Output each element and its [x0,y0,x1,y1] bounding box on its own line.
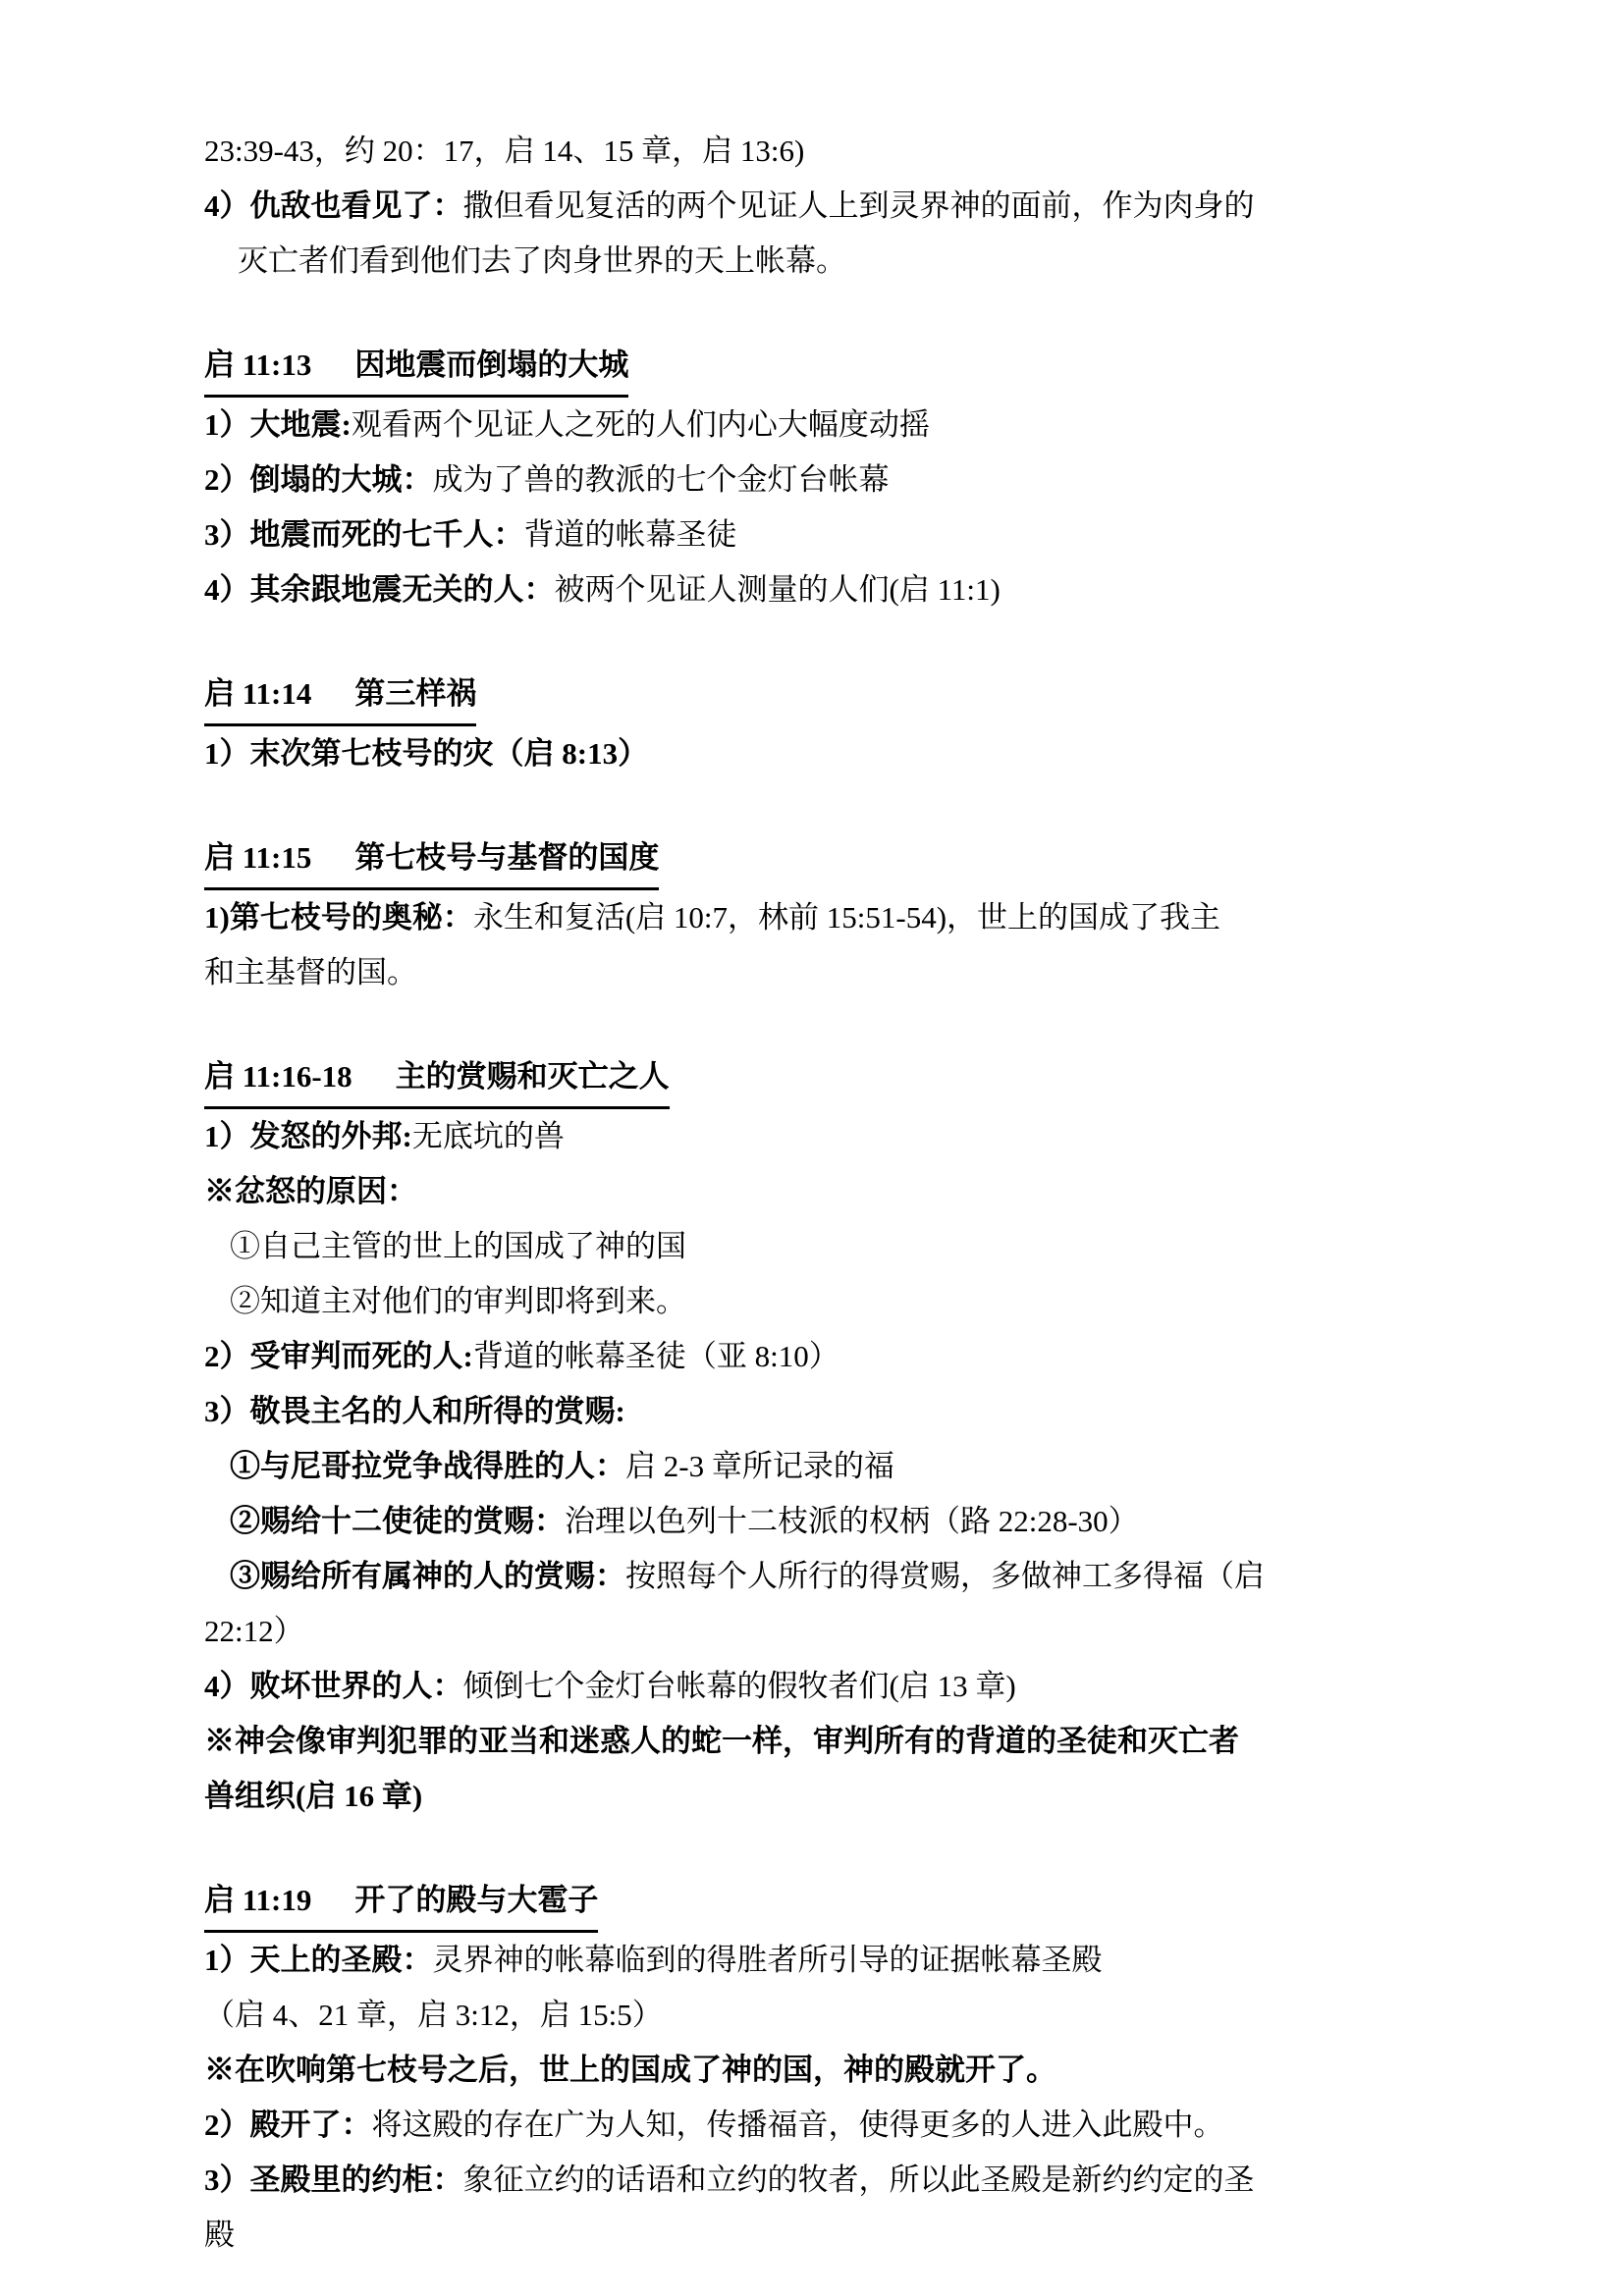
heading-underline: 启 11:14第三样祸 [204,667,476,726]
item-label: 1）天上的圣殿： [204,1943,433,1977]
item-text: 治理以色列十二枝派的权柄（路 22:28-30） [565,1504,1139,1538]
sub-item: ①与尼哥拉党争战得胜的人：启 2-3 章所记录的福 [204,1439,1428,1494]
list-item: 1）天上的圣殿：灵界神的帐幕临到的得胜者所引导的证据帐幕圣殿 [204,1933,1428,1988]
note-line: ※在吹响第七枝号之后，世上的国成了神的国，神的殿就开了。 [204,2043,1428,2098]
item-text: 撒但看见复活的两个见证人上到灵界神的面前，作为肉身的 [463,188,1255,223]
item-label: 3）圣殿里的约柜： [204,2163,463,2197]
item-label: 兽组织(启 16 章) [204,1779,422,1813]
note-line: ※神会像审判犯罪的亚当和迷惑人的蛇一样，审判所有的背道的圣徒和灭亡者 [204,1714,1428,1769]
item-text: 背道的帐幕圣徒 [524,517,737,552]
list-item: 2）受审判而死的人:背道的帐幕圣徒（亚 8:10） [204,1329,1428,1384]
item-label: ①与尼哥拉党争战得胜的人： [230,1449,625,1483]
continuation-line: 灭亡者们看到他们去了肉身世界的天上帐幕。 [204,234,1428,289]
item-label: 1）末次第七枝号的灾（启 8:13） [204,736,648,771]
item-label: 4）其余跟地震无关的人： [204,572,555,607]
continuation-line: 23:39-43，约 20：17，启 14、15 章，启 13:6) [204,124,1428,179]
heading-title: 第三样祸 [354,676,476,711]
item-text: 倾倒七个金灯台帐幕的假牧者们(启 13 章) [463,1669,1016,1703]
item-text: 成为了兽的教派的七个金灯台帐幕 [433,462,890,497]
item-text: 观看两个见证人之死的人们内心大幅度动摇 [352,407,930,442]
sub-item: ①自己主管的世上的国成了神的国 [204,1219,1428,1274]
item-label: 1)第七枝号的奥秘： [204,900,473,934]
item-text: ②知道主对他们的审判即将到来。 [230,1284,686,1318]
list-item: 2）倒塌的大城：成为了兽的教派的七个金灯台帐幕 [204,453,1428,507]
heading-ref: 启 11:19 [204,1883,311,1917]
item-label: ※在吹响第七枝号之后，世上的国成了神的国，神的殿就开了。 [204,2053,1056,2087]
list-item: 1)第七枝号的奥秘：永生和复活(启 10:7，林前 15:51-54)，世上的国… [204,890,1428,945]
item-label: 3）地震而死的七千人： [204,517,524,552]
item-label: 4）败坏世界的人： [204,1669,463,1703]
continuation-line: 22:12） [204,1604,1428,1659]
item-text: 23:39-43，约 20：17，启 14、15 章，启 13:6) [204,133,804,168]
sub-item: ②赐给十二使徒的赏赐：治理以色列十二枝派的权柄（路 22:28-30） [204,1494,1428,1549]
heading-title: 主的赏赐和灭亡之人 [396,1059,670,1094]
heading-underline: 启 11:19开了的殿与大雹子 [204,1873,598,1933]
item-text: ①自己主管的世上的国成了神的国 [230,1229,686,1263]
heading-ref: 启 11:13 [204,347,311,382]
list-item: 4）仇敌也看见了：撒但看见复活的两个见证人上到灵界神的面前，作为肉身的 [204,179,1428,234]
list-item: 3）地震而死的七千人：背道的帐幕圣徒 [204,507,1428,562]
item-text: 被两个见证人测量的人们(启 11:1) [555,572,1001,607]
section-heading: 启 11:14第三样祸 [204,667,1428,726]
item-text: 永生和复活(启 10:7，林前 15:51-54)，世上的国成了我主 [473,900,1220,934]
list-item: 4）败坏世界的人：倾倒七个金灯台帐幕的假牧者们(启 13 章) [204,1659,1428,1714]
list-item: 2）殿开了：将这殿的存在广为人知，传播福音，使得更多的人进入此殿中。 [204,2098,1428,2153]
heading-title: 开了的殿与大雹子 [354,1883,598,1917]
heading-ref: 启 11:14 [204,676,311,711]
section-heading: 启 11:13因地震而倒塌的大城 [204,338,1428,398]
list-item: 3）敬畏主名的人和所得的赏赐: [204,1384,1428,1439]
heading-ref: 启 11:16-18 [204,1059,352,1094]
section-rev-11-14: 启 11:14第三样祸 1）末次第七枝号的灾（启 8:13） [204,667,1428,781]
continuation-line: 和主基督的国。 [204,945,1428,1000]
list-item: 1）发怒的外邦:无底坑的兽 [204,1109,1428,1164]
list-item: 1）末次第七枝号的灾（启 8:13） [204,726,1428,781]
section-heading: 启 11:15第七枝号与基督的国度 [204,830,1428,890]
heading-underline: 启 11:13因地震而倒塌的大城 [204,338,628,398]
item-label: 2）殿开了： [204,2108,372,2142]
continuation-line: 殿 [204,2208,1428,2263]
section-rev-11-13: 启 11:13因地震而倒塌的大城 1）大地震:观看两个见证人之死的人们内心大幅度… [204,338,1428,617]
heading-underline: 启 11:15第七枝号与基督的国度 [204,830,659,890]
document-page: 23:39-43，约 20：17，启 14、15 章，启 13:6) 4）仇敌也… [0,0,1624,2296]
section-rev-11-15: 启 11:15第七枝号与基督的国度 1)第七枝号的奥秘：永生和复活(启 10:7… [204,830,1428,1000]
item-label: 1）大地震: [204,407,352,442]
heading-ref: 启 11:15 [204,840,311,875]
note-line: ※忿怒的原因： [204,1164,1428,1219]
section-intro: 23:39-43，约 20：17，启 14、15 章，启 13:6) 4）仇敌也… [204,124,1428,289]
list-item: 4）其余跟地震无关的人：被两个见证人测量的人们(启 11:1) [204,562,1428,617]
list-item: 1）大地震:观看两个见证人之死的人们内心大幅度动摇 [204,398,1428,453]
continuation-line: （启 4、21 章，启 3:12，启 15:5） [204,1988,1428,2043]
item-text: 象征立约的话语和立约的牧者，所以此圣殿是新约约定的圣 [463,2163,1255,2197]
item-label: ②赐给十二使徒的赏赐： [230,1504,565,1538]
sub-item: ③赐给所有属神的人的赏赐：按照每个人所行的得赏赐，多做神工多得福（启 [204,1549,1428,1604]
section-heading: 启 11:19开了的殿与大雹子 [204,1873,1428,1933]
section-heading: 启 11:16-18主的赏赐和灭亡之人 [204,1049,1428,1109]
list-item: 3）圣殿里的约柜：象征立约的话语和立约的牧者，所以此圣殿是新约约定的圣 [204,2153,1428,2208]
note-line: 兽组织(启 16 章) [204,1769,1428,1824]
section-rev-11-19: 启 11:19开了的殿与大雹子 1）天上的圣殿：灵界神的帐幕临到的得胜者所引导的… [204,1873,1428,2263]
heading-title: 第七枝号与基督的国度 [354,840,659,875]
item-text: 灵界神的帐幕临到的得胜者所引导的证据帐幕圣殿 [433,1943,1103,1977]
heading-underline: 启 11:16-18主的赏赐和灭亡之人 [204,1049,670,1109]
item-text: 灭亡者们看到他们去了肉身世界的天上帐幕。 [238,243,846,278]
item-text: 殿 [204,2217,235,2252]
item-text: 启 2-3 章所记录的福 [625,1449,894,1483]
item-label: ※忿怒的原因： [204,1174,417,1208]
heading-title: 因地震而倒塌的大城 [354,347,628,382]
item-label: 3）敬畏主名的人和所得的赏赐: [204,1394,625,1428]
sub-item: ②知道主对他们的审判即将到来。 [204,1274,1428,1329]
item-text: 无底坑的兽 [412,1119,565,1153]
item-text: 和主基督的国。 [204,955,417,989]
item-label: 2）受审判而死的人: [204,1339,473,1373]
item-text: 按照每个人所行的得赏赐，多做神工多得福（启 [625,1559,1265,1593]
item-label: ※神会像审判犯罪的亚当和迷惑人的蛇一样，审判所有的背道的圣徒和灭亡者 [204,1724,1239,1758]
item-label: 1）发怒的外邦: [204,1119,412,1153]
item-text: 将这殿的存在广为人知，传播福音，使得更多的人进入此殿中。 [372,2108,1224,2142]
item-text: （启 4、21 章，启 3:12，启 15:5） [204,1998,663,2032]
section-rev-11-16-18: 启 11:16-18主的赏赐和灭亡之人 1）发怒的外邦:无底坑的兽 ※忿怒的原因… [204,1049,1428,1824]
item-label: ③赐给所有属神的人的赏赐： [230,1559,625,1593]
item-text: 背道的帐幕圣徒（亚 8:10） [473,1339,839,1373]
item-label: 4）仇敌也看见了： [204,188,463,223]
item-text: 22:12） [204,1614,304,1648]
item-label: 2）倒塌的大城： [204,462,433,497]
